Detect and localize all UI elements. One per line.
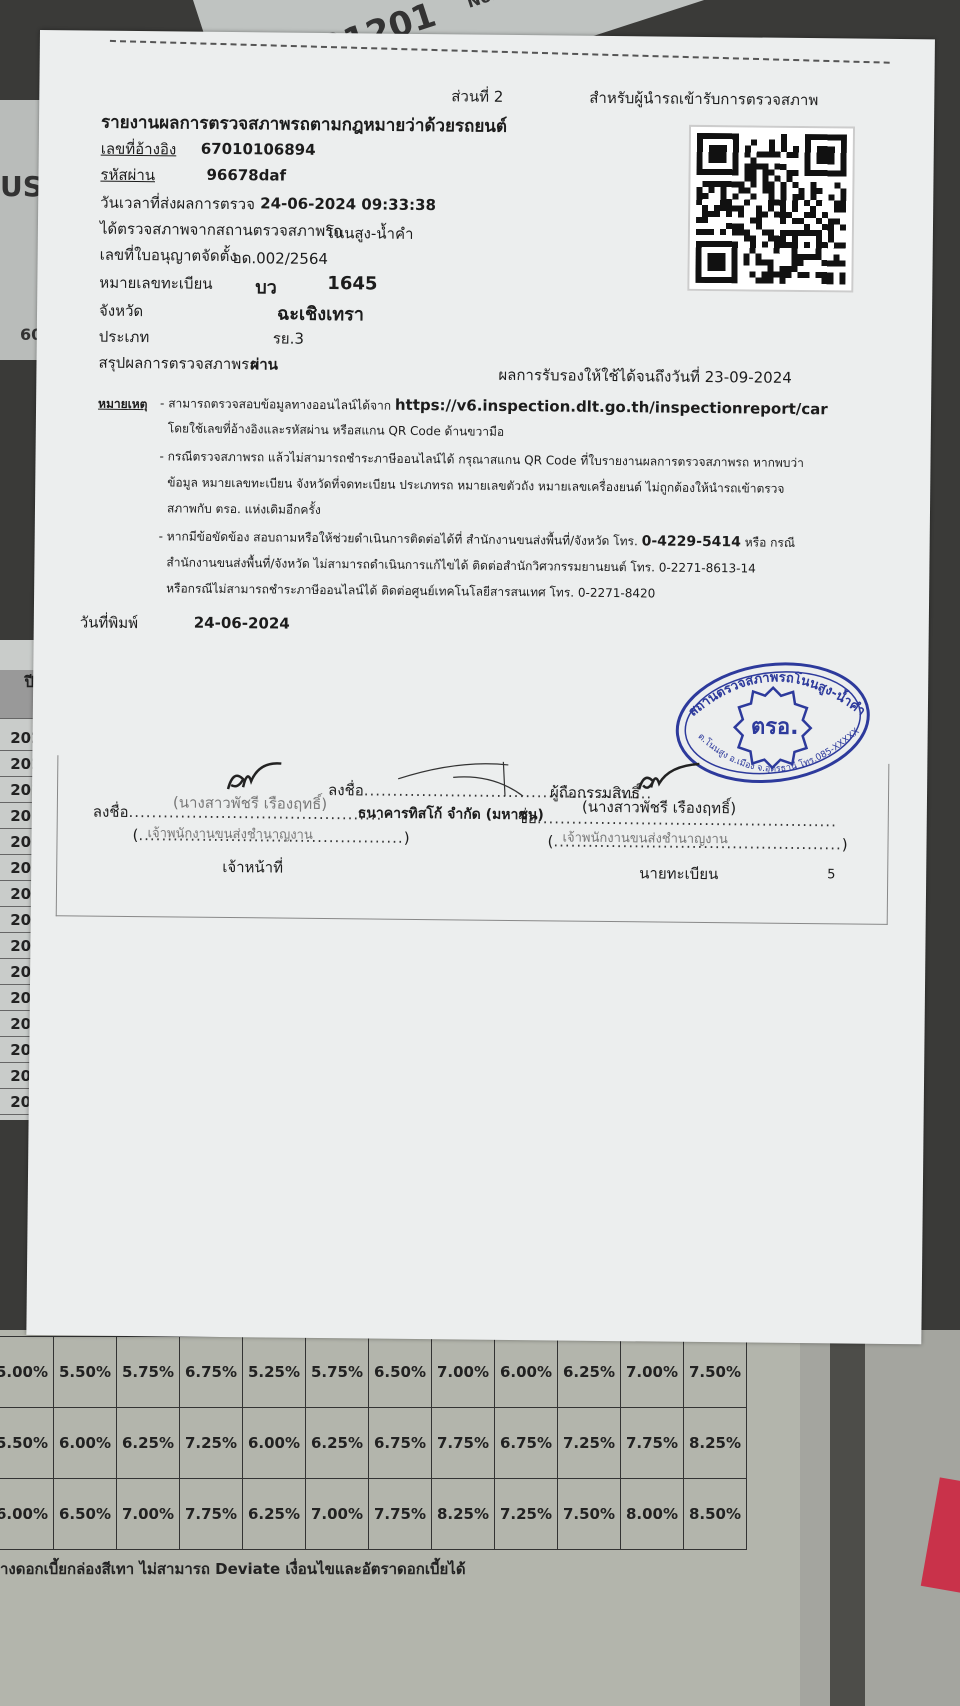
left-officer-position: เจ้าพนักงานขนส่งชำนาญงาน: [147, 822, 312, 845]
rate-cell: 5.25%: [243, 1337, 306, 1408]
qr-code-icon: [695, 133, 847, 285]
rate-cell: 7.25%: [180, 1408, 243, 1479]
rate-cell: 7.75%: [432, 1408, 495, 1479]
middle-company-name: ธนาคารทิสโก้ จำกัด (มหาชน): [358, 802, 544, 826]
rate-cell: 7.25%: [495, 1479, 558, 1550]
print-date-value: 24-06-2024: [194, 614, 290, 633]
province-label: จังหวัด: [99, 299, 143, 323]
rate-cell: 7.00%: [117, 1479, 180, 1550]
rate-cell: 7.25%: [558, 1408, 621, 1479]
station-label: ได้ตรวจสภาพจากสถานตรวจสภาพรถ: [100, 217, 343, 244]
submitted-label: วันเวลาที่ส่งผลการตรวจ: [100, 191, 255, 217]
type-label: ประเภท: [99, 325, 150, 350]
type-value: รย.3: [273, 326, 304, 350]
rate-cell: 8.25%: [684, 1408, 747, 1479]
reference-value: 67010106894: [201, 140, 316, 159]
notes-line-6-suffix: หรือ กรณี: [745, 535, 795, 550]
rate-cell: 6.25%: [306, 1408, 369, 1479]
rate-cell: 6.00%: [54, 1408, 117, 1479]
print-date-label: วันที่พิมพ์: [80, 610, 138, 635]
rate-cell: 7.75%: [180, 1479, 243, 1550]
section-label: ส่วนที่ 2: [451, 84, 503, 109]
rate-cell: 5.50%: [0, 1408, 54, 1479]
rate-cell: 8.25%: [432, 1479, 495, 1550]
rate-cell: 6.25%: [117, 1408, 180, 1479]
result-label: สรุปผลการตรวจสภาพรถ: [98, 351, 258, 377]
rate-cell: 6.50%: [54, 1479, 117, 1550]
rate-cell: 7.00%: [432, 1337, 495, 1408]
holder-signature-icon: [633, 761, 703, 797]
rate-cell: 7.50%: [684, 1337, 747, 1408]
perforation-line: [110, 40, 890, 64]
rate-cell: 6.00%: [0, 1479, 54, 1550]
qr-code[interactable]: [687, 125, 855, 293]
reference-label: เลขที่อ้างอิง: [101, 137, 177, 162]
rate-cell: 6.25%: [558, 1337, 621, 1408]
rate-cell: 5.75%: [117, 1337, 180, 1408]
audience-label: สำหรับผู้นำรถเข้ารับการตรวจสภาพ: [589, 86, 818, 112]
rate-cell: 6.25%: [243, 1479, 306, 1550]
rate-cell: 6.75%: [369, 1408, 432, 1479]
rate-table-footnote: างดอกเบี้ยกล่องสีเทา ไม่สามารถ Deviate เ…: [0, 1557, 466, 1581]
rate-cell: 6.50%: [369, 1337, 432, 1408]
submitted-value: 24-06-2024 09:33:38: [260, 194, 436, 214]
plate-label: หมายเลขทะเบียน: [99, 271, 212, 296]
right-role: นายทะเบียน: [639, 861, 718, 886]
license-value: อด.002/2564: [232, 246, 328, 271]
rate-cell: 6.00%: [243, 1408, 306, 1479]
inspection-url-link[interactable]: https://v6.inspection.dlt.go.th/inspecti…: [395, 396, 828, 419]
rate-cell: 5.75%: [306, 1337, 369, 1408]
province-value: ฉะเชิงเทรา: [277, 298, 364, 328]
background-column-label: Non-Core Brand: [464, 0, 606, 12]
province-phone: 0-4229-5414: [642, 533, 741, 550]
plate-prefix: บว: [255, 272, 277, 301]
license-label: เลขที่ใบอนุญาตจัดตั้ง: [100, 243, 237, 268]
valid-until: ผลการรับรองให้ใช้ได้จนถึงวันที่ 23-09-20…: [498, 363, 792, 390]
notes-heading: หมายเหตุ: [98, 395, 148, 415]
interest-rate-table: 5.00%5.50%5.75%6.75%5.25%5.75%6.50%7.00%…: [0, 1336, 747, 1550]
inspection-report-paper: ส่วนที่ 2 สำหรับผู้นำรถเข้ารับการตรวจสภา…: [26, 30, 935, 1344]
rate-cell: 5.50%: [54, 1337, 117, 1408]
bank-signature-icon: [393, 759, 533, 800]
svg-text:ตรอ.: ตรอ.: [751, 714, 799, 739]
right-officer-position: เจ้าพนักงานขนส่งชำนาญงาน: [562, 827, 727, 850]
rate-row: 5.50%6.00%6.25%7.25%6.00%6.25%6.75%7.75%…: [0, 1408, 747, 1479]
rate-cell: 6.75%: [180, 1337, 243, 1408]
rate-cell: 7.75%: [369, 1479, 432, 1550]
rate-cell: 7.00%: [306, 1479, 369, 1550]
report-title: รายงานผลการตรวจสภาพรถตามกฎหมายว่าด้วยรถย…: [101, 109, 507, 140]
rate-cell: 6.00%: [495, 1337, 558, 1408]
password-label: รหัสผ่าน: [100, 163, 155, 188]
notes-line-5: สภาพกับ ตรอ. แห่งเดิมอีกครั้ง: [167, 493, 321, 525]
left-officer-name: (นางสาวพัชรี เรืองฤทธิ์): [173, 790, 327, 816]
rate-cell: 7.75%: [621, 1408, 684, 1479]
rate-cell: 8.00%: [621, 1479, 684, 1550]
station-value: โนนสูง-น้ำคำ: [326, 221, 414, 246]
signature-section: ลงชื่อ..................................…: [56, 755, 890, 925]
rate-row: 5.00%5.50%5.75%6.75%5.25%5.75%6.50%7.00%…: [0, 1337, 747, 1408]
plate-number: 1645: [327, 273, 377, 295]
notes-line-6-text: - หากมีข้อขัดข้อง สอบถามหรือให้ช่วยดำเนิ…: [159, 529, 638, 548]
rate-cell: 7.00%: [621, 1337, 684, 1408]
rate-cell: 6.75%: [495, 1408, 558, 1479]
password-value: 96678daf: [206, 166, 286, 185]
left-role: เจ้าหน้าที่: [222, 855, 283, 880]
rate-cell: 7.50%: [558, 1479, 621, 1550]
page-number: 5: [827, 867, 835, 882]
result-value: ผ่าน: [250, 352, 278, 376]
notes-line-8: หรือกรณีไม่สามารถชำระภาษีออนไลน์ได้ ติดต…: [166, 573, 655, 608]
rate-cell: 8.50%: [684, 1479, 747, 1550]
notes-line-1-text: - สามารถตรวจสอบข้อมูลทางออนไลน์ได้จาก: [160, 396, 391, 412]
rate-cell: 5.00%: [0, 1337, 54, 1408]
rate-row: 6.00%6.50%7.00%7.75%6.25%7.00%7.75%8.25%…: [0, 1479, 747, 1550]
